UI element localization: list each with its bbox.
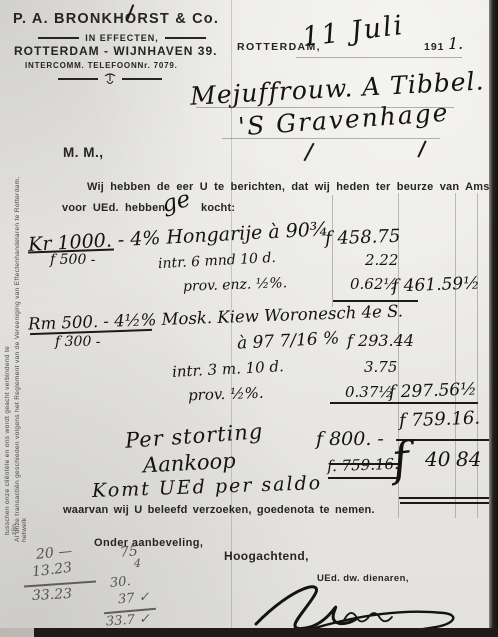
flourish-icon	[103, 73, 117, 85]
scanned-letter: P. A. BRONKHORST & Co. IN EFFECTEN, ROTT…	[0, 0, 498, 637]
handwritten-date: 11 Juli	[300, 10, 405, 53]
storting-amount: f 800. -	[316, 428, 384, 450]
stray-pen-stroke	[303, 143, 314, 162]
storting-label: Per storting	[124, 419, 264, 453]
transaction2-rate: à 97 7/16 %	[237, 328, 340, 353]
trade-line: IN EFFECTEN,	[38, 33, 206, 43]
margin-regulation-note-line2: tusschen onze cliëntèle en ons wordt gea…	[4, 335, 18, 535]
letterhead-phone: INTERCOMM. TELEFOONNr. 7079.	[25, 61, 178, 70]
saldo-label: Komt UEd per saldo	[92, 472, 323, 502]
pencil-right-3: 30.	[109, 574, 131, 591]
saldo-guilders: 40	[425, 447, 450, 471]
scan-edge-right	[489, 0, 498, 637]
sum-line	[330, 402, 478, 404]
date-rule	[296, 57, 424, 58]
pencil-right-4: 37 ✓	[117, 590, 150, 608]
year-rule	[424, 57, 462, 58]
column-rule	[332, 195, 333, 307]
year-handwritten: 1.	[448, 34, 463, 53]
scan-edge-notch	[0, 628, 34, 637]
saldo-cents: 84	[456, 447, 481, 471]
transaction2-subvalue: f 300 -	[55, 334, 101, 350]
transaction1-total: f 461.59½	[392, 273, 480, 296]
rule-right	[122, 78, 162, 80]
letterhead-ornament	[58, 73, 162, 85]
rule-left	[38, 37, 79, 39]
sum-line	[396, 439, 497, 441]
stray-pen-stroke	[417, 140, 426, 157]
aankoop-label: Aankoop	[142, 449, 236, 478]
scan-edge-bottom	[0, 628, 498, 637]
double-rule-top	[399, 497, 497, 499]
transaction1-interest-amount: 2.22	[365, 251, 398, 269]
rule-left	[58, 78, 98, 80]
company-name: P. A. BRONKHORST & Co.	[13, 11, 219, 27]
transaction2-interest-label: intr. 3 m. 10 d.	[172, 357, 285, 381]
aankoop-amount: f. 759.16.	[327, 455, 399, 475]
underline-ink	[328, 477, 398, 479]
transaction2-security: Rm 500. - 4½% Mosk. Kiew Woronesch 4e S.	[28, 301, 404, 333]
trade-label: IN EFFECTEN,	[85, 33, 159, 43]
body-line-1: Wij hebben de eer U te berichten, dat wi…	[87, 181, 498, 193]
transaction2-provision-label: prov. ½%.	[188, 384, 264, 405]
transaction2-interest-amount: 3.75	[364, 358, 397, 376]
letterhead-address: ROTTERDAM - WIJNHAVEN 39.	[14, 44, 217, 58]
transaction1-interest-label: intr. 6 mnd 10 d.	[158, 250, 277, 272]
closing-aanbeveling: Onder aanbeveling,	[94, 537, 203, 549]
transaction1-provision-label: prov. enz. ½%.	[183, 275, 288, 295]
body-line-2-prefix: voor UEd. hebben	[62, 202, 165, 214]
pencil-left-2: 13.23	[31, 560, 73, 581]
transaction2-provision-amount: 0.37½	[345, 383, 393, 401]
transaction1-subvalue: f 500 -	[50, 252, 96, 268]
rule-right	[165, 37, 206, 39]
transaction2-total: f 297.56½	[389, 379, 477, 402]
addressee-rule-2	[222, 138, 440, 139]
pencil-right-2: 4	[134, 557, 141, 570]
handwritten-ge: ge	[159, 186, 193, 218]
closing-hoogachtend: Hoogachtend,	[224, 549, 309, 563]
settlement-subtotal: f 759.16.	[399, 408, 481, 432]
transaction1-amount: f 458.75	[325, 226, 401, 250]
salutation: M. M.,	[63, 145, 104, 160]
request-line: waarvan wij U beleefd verzoeken, goedeno…	[63, 504, 375, 516]
transaction2-amount: f 293.44	[347, 331, 414, 350]
year-printed: 191	[424, 41, 445, 53]
pencil-left-total: 33.23	[32, 586, 73, 604]
double-rule-bottom	[400, 502, 497, 504]
pencil-right-total: 33.7 ✓	[106, 611, 151, 629]
